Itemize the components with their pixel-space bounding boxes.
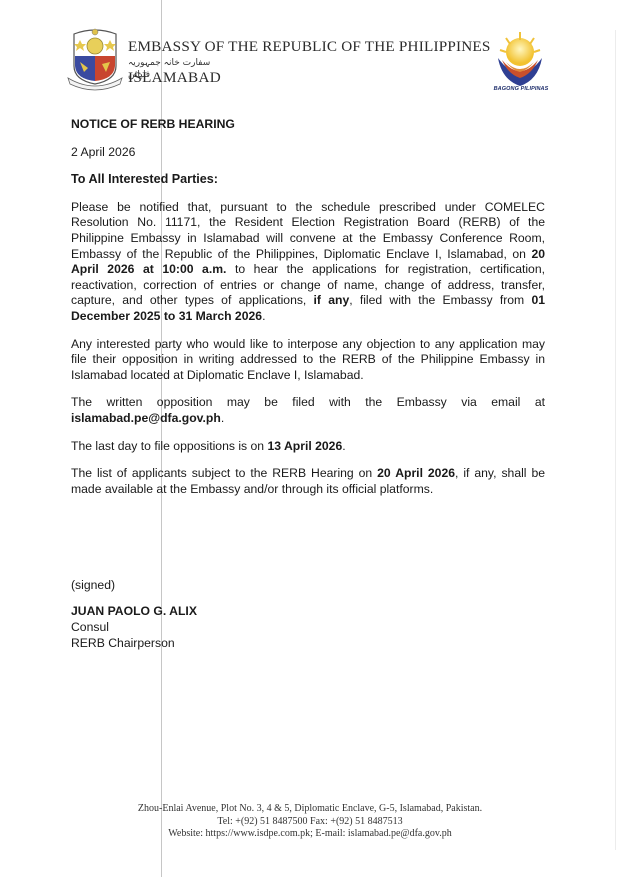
email-address: islamabad.pe@dfa.gov.ph [71, 411, 221, 425]
notice-title: NOTICE OF RERB HEARING [71, 117, 545, 133]
salutation: To All Interested Parties: [71, 172, 545, 188]
text: The written opposition may be filed with… [71, 395, 545, 409]
text: , filed with the Embassy from [349, 293, 531, 307]
text: . [221, 411, 224, 425]
embassy-name-urdu: سفارت خانہ جمہوریہ فلپائن [128, 57, 218, 69]
paragraph-deadline: The last day to file oppositions is on 1… [71, 439, 545, 455]
footer: Zhou-Enlai Avenue, Plot No. 3, 4 & 5, Di… [0, 803, 620, 841]
letterhead: EMBASSY OF THE REPUBLIC OF THE PHILIPPIN… [66, 26, 560, 100]
paragraph-email: The written opposition may be filed with… [71, 395, 545, 426]
signatory-name: JUAN PAOLO G. ALIX [71, 603, 197, 619]
signature-block: (signed) JUAN PAOLO G. ALIX Consul RERB … [71, 577, 197, 651]
hearing-date: 20 April 2026 [377, 466, 455, 480]
signatory-role: RERB Chairperson [71, 635, 197, 651]
notice-body: NOTICE OF RERB HEARING 2 April 2026 To A… [71, 117, 545, 509]
text: Please be notified that, pursuant to the… [71, 200, 545, 261]
paragraph-hearing-schedule: Please be notified that, pursuant to the… [71, 200, 545, 325]
signatory-position: Consul [71, 619, 197, 635]
embassy-name: EMBASSY OF THE REPUBLIC OF THE PHILIPPIN… [128, 38, 491, 56]
footer-phone: Tel: +(92) 51 8487500 Fax: +(92) 51 8487… [0, 816, 620, 829]
paragraph-applicant-list: The list of applicants subject to the RE… [71, 466, 545, 497]
scan-edge-line [615, 30, 616, 850]
emphasis: if any [314, 293, 350, 307]
text: The list of applicants subject to the RE… [71, 466, 377, 480]
deadline-date: 13 April 2026 [267, 439, 342, 453]
signed-note: (signed) [71, 577, 197, 593]
footer-web: Website: https://www.isdpe.com.pk; E-mai… [0, 828, 620, 841]
text: . [342, 439, 345, 453]
notice-date: 2 April 2026 [71, 145, 545, 161]
footer-address: Zhou-Enlai Avenue, Plot No. 3, 4 & 5, Di… [0, 803, 620, 816]
paragraph-objection: Any interested party who would like to i… [71, 337, 545, 384]
text: . [262, 309, 265, 323]
embassy-city: ISLAMABAD [128, 69, 491, 87]
coat-of-arms-seal-icon [66, 26, 124, 92]
text: The last day to file oppositions is on [71, 439, 267, 453]
bagong-pilipinas-caption: BAGONG PILIPINAS [486, 86, 556, 92]
